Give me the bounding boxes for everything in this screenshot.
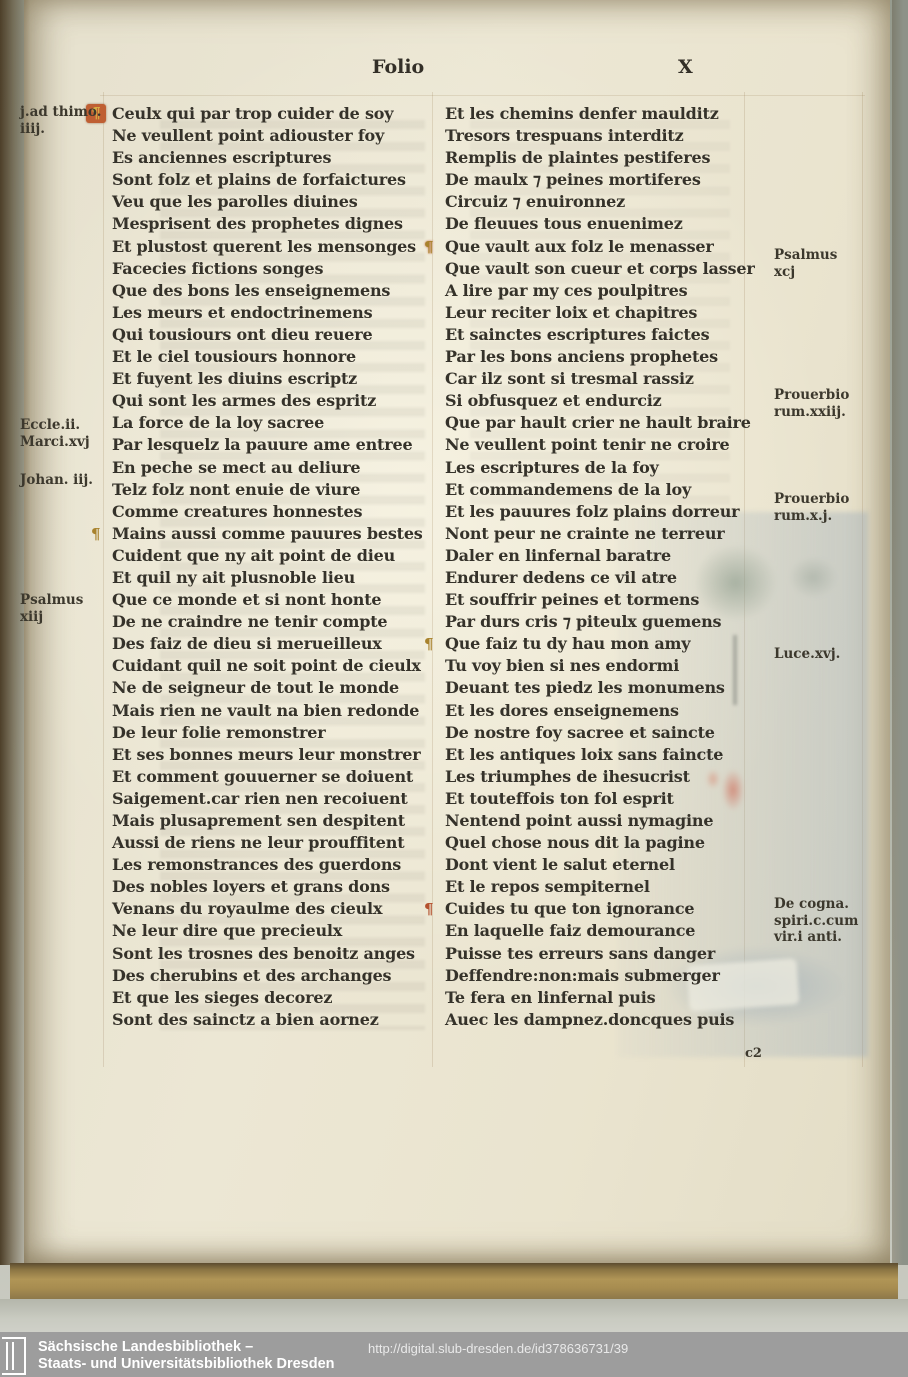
- source-url: http://digital.slub-dresden.de/id3786367…: [368, 1341, 628, 1356]
- library-name-line1: Sächsische Landesbibliothek –: [38, 1339, 253, 1355]
- margin-note: Prouerbiorum.xxiij.: [774, 387, 849, 420]
- library-banner: Sächsische Landesbibliothek – Staats- un…: [0, 1332, 908, 1377]
- digitized-book-scan: Folio X ¶Ceulx qui par trop cuider de so…: [0, 0, 908, 1377]
- margin-note: Luce.xvj.: [774, 646, 840, 663]
- margin-note: Prouerbiorum.x.j.: [774, 491, 849, 524]
- margin-note: Psalmusxcj: [774, 247, 837, 280]
- margin-note: De cogna.spiri.c.cumvir.i anti.: [774, 896, 858, 946]
- slub-logo-icon: [2, 1337, 26, 1375]
- library-name-line2: Staats- und Universitätsbibliothek Dresd…: [38, 1356, 335, 1372]
- margin-right: PsalmusxcjProuerbiorum.xxiij.Prouerbioru…: [0, 0, 908, 1377]
- quire-signature: c2: [745, 1046, 762, 1061]
